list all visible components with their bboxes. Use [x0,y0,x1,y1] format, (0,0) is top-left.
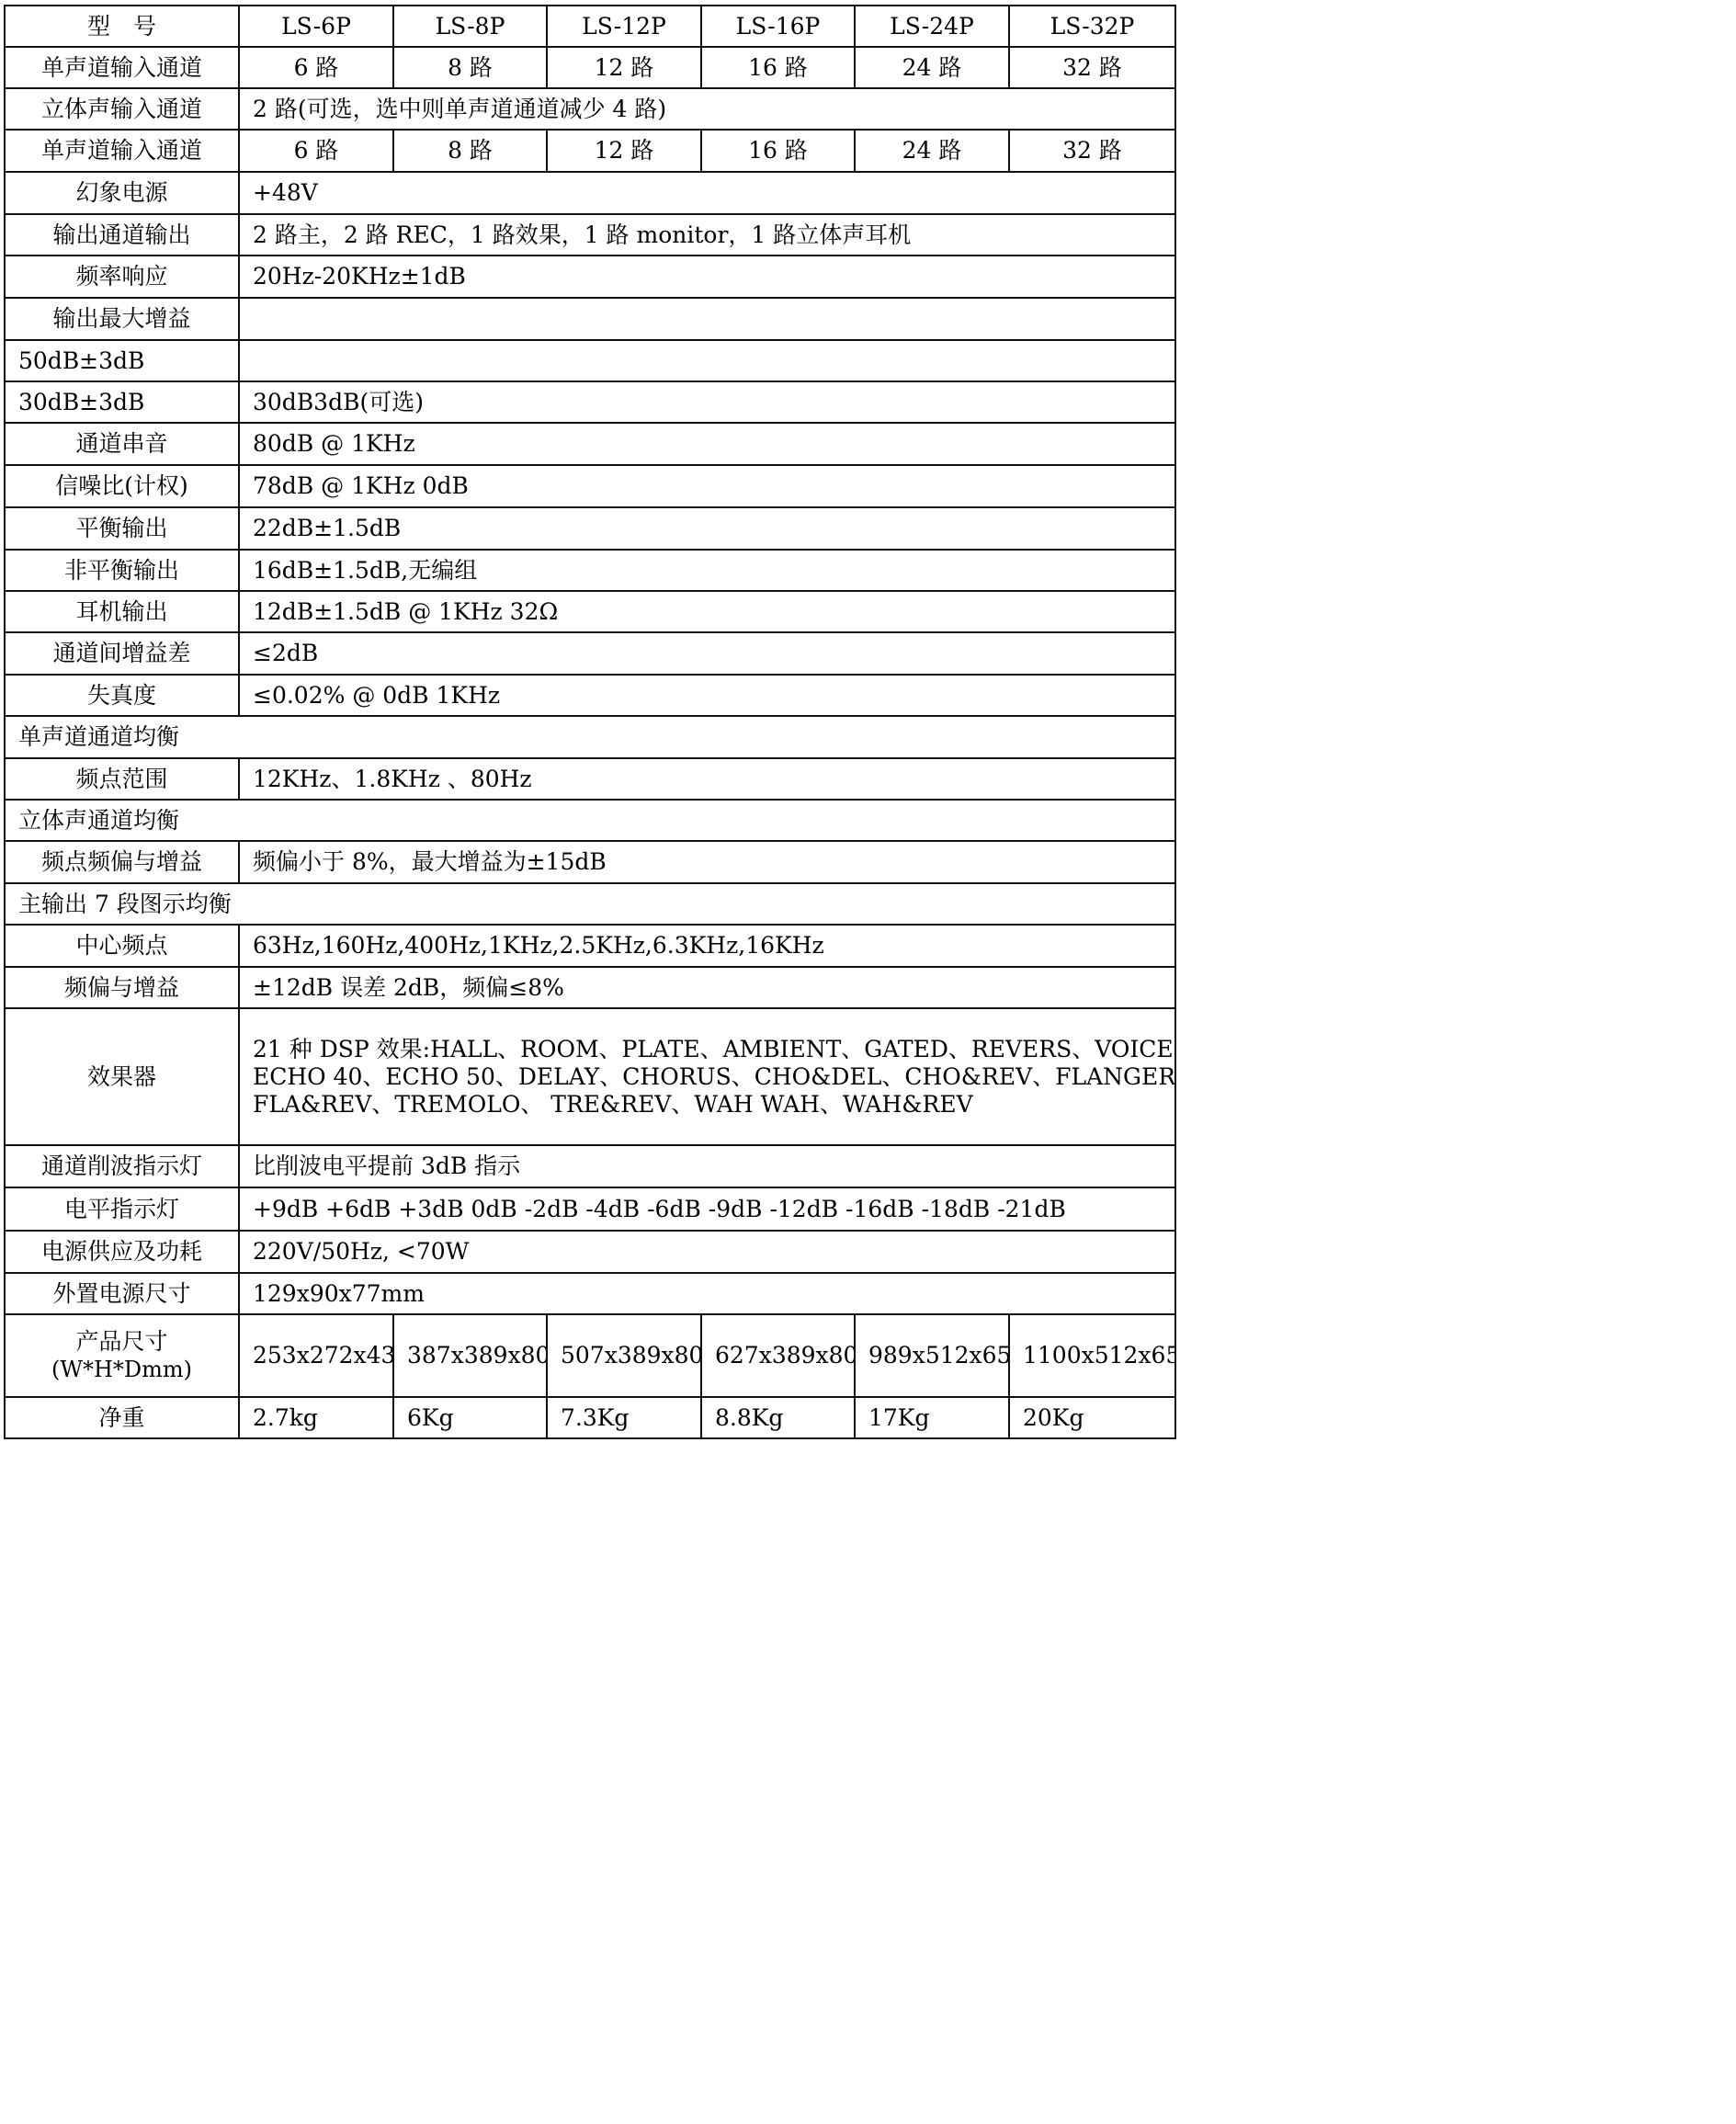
cell: 989x512x65 [855,1314,1009,1397]
cell: 2.7kg [239,1397,393,1438]
cell: 30dB3dB(可选) [239,381,1175,423]
row-label: 效果器 [5,1008,239,1145]
row-label: 输出通道输出 [5,214,239,256]
cell: 16 路 [701,130,855,172]
table-row-mono-input: 单声道输入通道 6 路 8 路 12 路 16 路 24 路 32 路 [5,47,1175,88]
row-label: 频点范围 [5,758,239,800]
cell: 24 路 [855,47,1009,88]
cell: 8.8Kg [701,1397,855,1438]
model-ls-16p: LS-16P [701,6,855,47]
cell: 63Hz,160Hz,400Hz,1KHz,2.5KHz,6.3KHz,16KH… [239,925,1175,967]
table-row-freq-response: 频率响应 20Hz-20KHz±1dB [5,256,1175,298]
row-label: 通道串音 [5,423,239,465]
cell: 80dB @ 1KHz [239,423,1175,465]
row-label: 单声道输入通道 [5,130,239,172]
table-row-freq-range: 频点范围 12KHz、1.8KHz 、80Hz [5,758,1175,800]
cell: 387x389x80 [393,1314,547,1397]
row-label: 频点频偏与增益 [5,841,239,883]
row-label: 30dB±3dB [5,381,239,423]
cell: 12dB±1.5dB @ 1KHz 32Ω [239,591,1175,632]
cell: 627x389x80 [701,1314,855,1397]
table-row-mono-input-2: 单声道输入通道 6 路 8 路 12 路 16 路 24 路 32 路 [5,130,1175,172]
cell: 12 路 [547,47,701,88]
row-label: 非平衡输出 [5,550,239,591]
table-row-phantom: 幻象电源 +48V [5,172,1175,214]
header-row: 型 号 LS-6P LS-8P LS-12P LS-16P LS-24P LS-… [5,6,1175,47]
cell: 6 路 [239,130,393,172]
row-label: 电平指示灯 [5,1187,239,1231]
section-heading: 立体声通道均衡 [5,800,1175,841]
section-heading: 主输出 7 段图示均衡 [5,883,1175,925]
row-label: 频率响应 [5,256,239,298]
cell: 1100x512x65 [1009,1314,1175,1397]
table-row-outputs: 输出通道输出 2 路主，2 路 REC，1 路效果，1 路 monitor，1 … [5,214,1175,256]
cell: 253x272x43 [239,1314,393,1397]
row-label: 单声道输入通道 [5,47,239,88]
table-row-weight: 净重 2.7kg 6Kg 7.3Kg 8.8Kg 17Kg 20Kg [5,1397,1175,1438]
row-label: 平衡输出 [5,507,239,550]
table-row-level-led: 电平指示灯 +9dB +6dB +3dB 0dB -2dB -4dB -6dB … [5,1187,1175,1231]
table-row-stereo-input: 立体声输入通道 2 路(可选，选中则单声道通道减少 4 路) [5,88,1175,130]
table-row-unbalanced-output: 非平衡输出 16dB±1.5dB,无编组 [5,550,1175,591]
cell: ±12dB 误差 2dB，频偏≤8% [239,967,1175,1008]
row-label: 幻象电源 [5,172,239,214]
table-row-freq-dev-gain: 频点频偏与增益 频偏小于 8%，最大增益为±15dB [5,841,1175,883]
model-ls-24p: LS-24P [855,6,1009,47]
dimensions-unit: (W*H*Dmm) [18,1356,225,1383]
dimensions-label: 产品尺寸 [18,1328,225,1356]
effects-line: FLA&REV、TREMOLO、 TRE&REV、WAH WAH、WAH&REV [253,1091,1162,1119]
cell: ≤0.02% @ 0dB 1KHz [239,675,1175,716]
table-row-crosstalk: 通道串音 80dB @ 1KHz [5,423,1175,465]
row-label: 产品尺寸 (W*H*Dmm) [5,1314,239,1397]
effects-line: ECHO 40、ECHO 50、DELAY、CHORUS、CHO&DEL、CHO… [253,1063,1162,1091]
table-row-max-gain: 输出最大增益 [5,298,1175,340]
section-mono-eq: 单声道通道均衡 [5,716,1175,758]
effects-list: 21 种 DSP 效果:HALL、ROOM、PLATE、AMBIENT、GATE… [239,1008,1175,1145]
table-row-gain-50: 50dB±3dB [5,340,1175,381]
table-row-clip-led: 通道削波指示灯 比削波电平提前 3dB 指示 [5,1145,1175,1187]
cell: 6Kg [393,1397,547,1438]
row-label: 耳机输出 [5,591,239,632]
section-heading: 单声道通道均衡 [5,716,1175,758]
table-row-snr: 信噪比(计权) 78dB @ 1KHz 0dB [5,465,1175,507]
section-graphic-eq: 主输出 7 段图示均衡 [5,883,1175,925]
cell: 24 路 [855,130,1009,172]
table-row-psu-size: 外置电源尺寸 129x90x77mm [5,1273,1175,1314]
model-ls-6p: LS-6P [239,6,393,47]
spec-table: 型 号 LS-6P LS-8P LS-12P LS-16P LS-24P LS-… [4,5,1176,1439]
cell: 12 路 [547,130,701,172]
cell: 32 路 [1009,130,1175,172]
row-label: 电源供应及功耗 [5,1231,239,1273]
cell: 比削波电平提前 3dB 指示 [239,1145,1175,1187]
cell [239,298,1175,340]
table-row-power: 电源供应及功耗 220V/50Hz, <70W [5,1231,1175,1273]
row-label: 立体声输入通道 [5,88,239,130]
row-label: 信噪比(计权) [5,465,239,507]
row-label: 通道间增益差 [5,632,239,675]
cell: 20Kg [1009,1397,1175,1438]
row-label: 输出最大增益 [5,298,239,340]
cell: 20Hz-20KHz±1dB [239,256,1175,298]
cell: 8 路 [393,47,547,88]
row-label: 50dB±3dB [5,340,239,381]
cell: 22dB±1.5dB [239,507,1175,550]
model-label: 型 号 [5,6,239,47]
table-row-gain-30: 30dB±3dB 30dB3dB(可选) [5,381,1175,423]
cell: +48V [239,172,1175,214]
cell: 8 路 [393,130,547,172]
cell: 7.3Kg [547,1397,701,1438]
cell: 507x389x80 [547,1314,701,1397]
cell: 16 路 [701,47,855,88]
cell [239,340,1175,381]
row-label: 中心频点 [5,925,239,967]
cell: 16dB±1.5dB,无编组 [239,550,1175,591]
row-label: 频偏与增益 [5,967,239,1008]
model-ls-32p: LS-32P [1009,6,1175,47]
table-row-dev-gain: 频偏与增益 ±12dB 误差 2dB，频偏≤8% [5,967,1175,1008]
cell: +9dB +6dB +3dB 0dB -2dB -4dB -6dB -9dB -… [239,1187,1175,1231]
row-label: 净重 [5,1397,239,1438]
table-row-effects: 效果器 21 种 DSP 效果:HALL、ROOM、PLATE、AMBIENT、… [5,1008,1175,1145]
cell: 2 路(可选，选中则单声道通道减少 4 路) [239,88,1175,130]
table-row-headphone-output: 耳机输出 12dB±1.5dB @ 1KHz 32Ω [5,591,1175,632]
table-row-dimensions: 产品尺寸 (W*H*Dmm) 253x272x43 387x389x80 507… [5,1314,1175,1397]
model-ls-8p: LS-8P [393,6,547,47]
cell: 2 路主，2 路 REC，1 路效果，1 路 monitor，1 路立体声耳机 [239,214,1175,256]
section-stereo-eq: 立体声通道均衡 [5,800,1175,841]
table-row-gain-difference: 通道间增益差 ≤2dB [5,632,1175,675]
model-ls-12p: LS-12P [547,6,701,47]
cell: 频偏小于 8%，最大增益为±15dB [239,841,1175,883]
cell: 78dB @ 1KHz 0dB [239,465,1175,507]
row-label: 外置电源尺寸 [5,1273,239,1314]
cell: ≤2dB [239,632,1175,675]
effects-line: 21 种 DSP 效果:HALL、ROOM、PLATE、AMBIENT、GATE… [253,1036,1162,1063]
table-row-distortion: 失真度 ≤0.02% @ 0dB 1KHz [5,675,1175,716]
cell: 6 路 [239,47,393,88]
row-label: 通道削波指示灯 [5,1145,239,1187]
cell: 220V/50Hz, <70W [239,1231,1175,1273]
cell: 129x90x77mm [239,1273,1175,1314]
cell: 12KHz、1.8KHz 、80Hz [239,758,1175,800]
table-row-center-freqs: 中心频点 63Hz,160Hz,400Hz,1KHz,2.5KHz,6.3KHz… [5,925,1175,967]
row-label: 失真度 [5,675,239,716]
cell: 32 路 [1009,47,1175,88]
table-row-balanced-output: 平衡输出 22dB±1.5dB [5,507,1175,550]
cell: 17Kg [855,1397,1009,1438]
